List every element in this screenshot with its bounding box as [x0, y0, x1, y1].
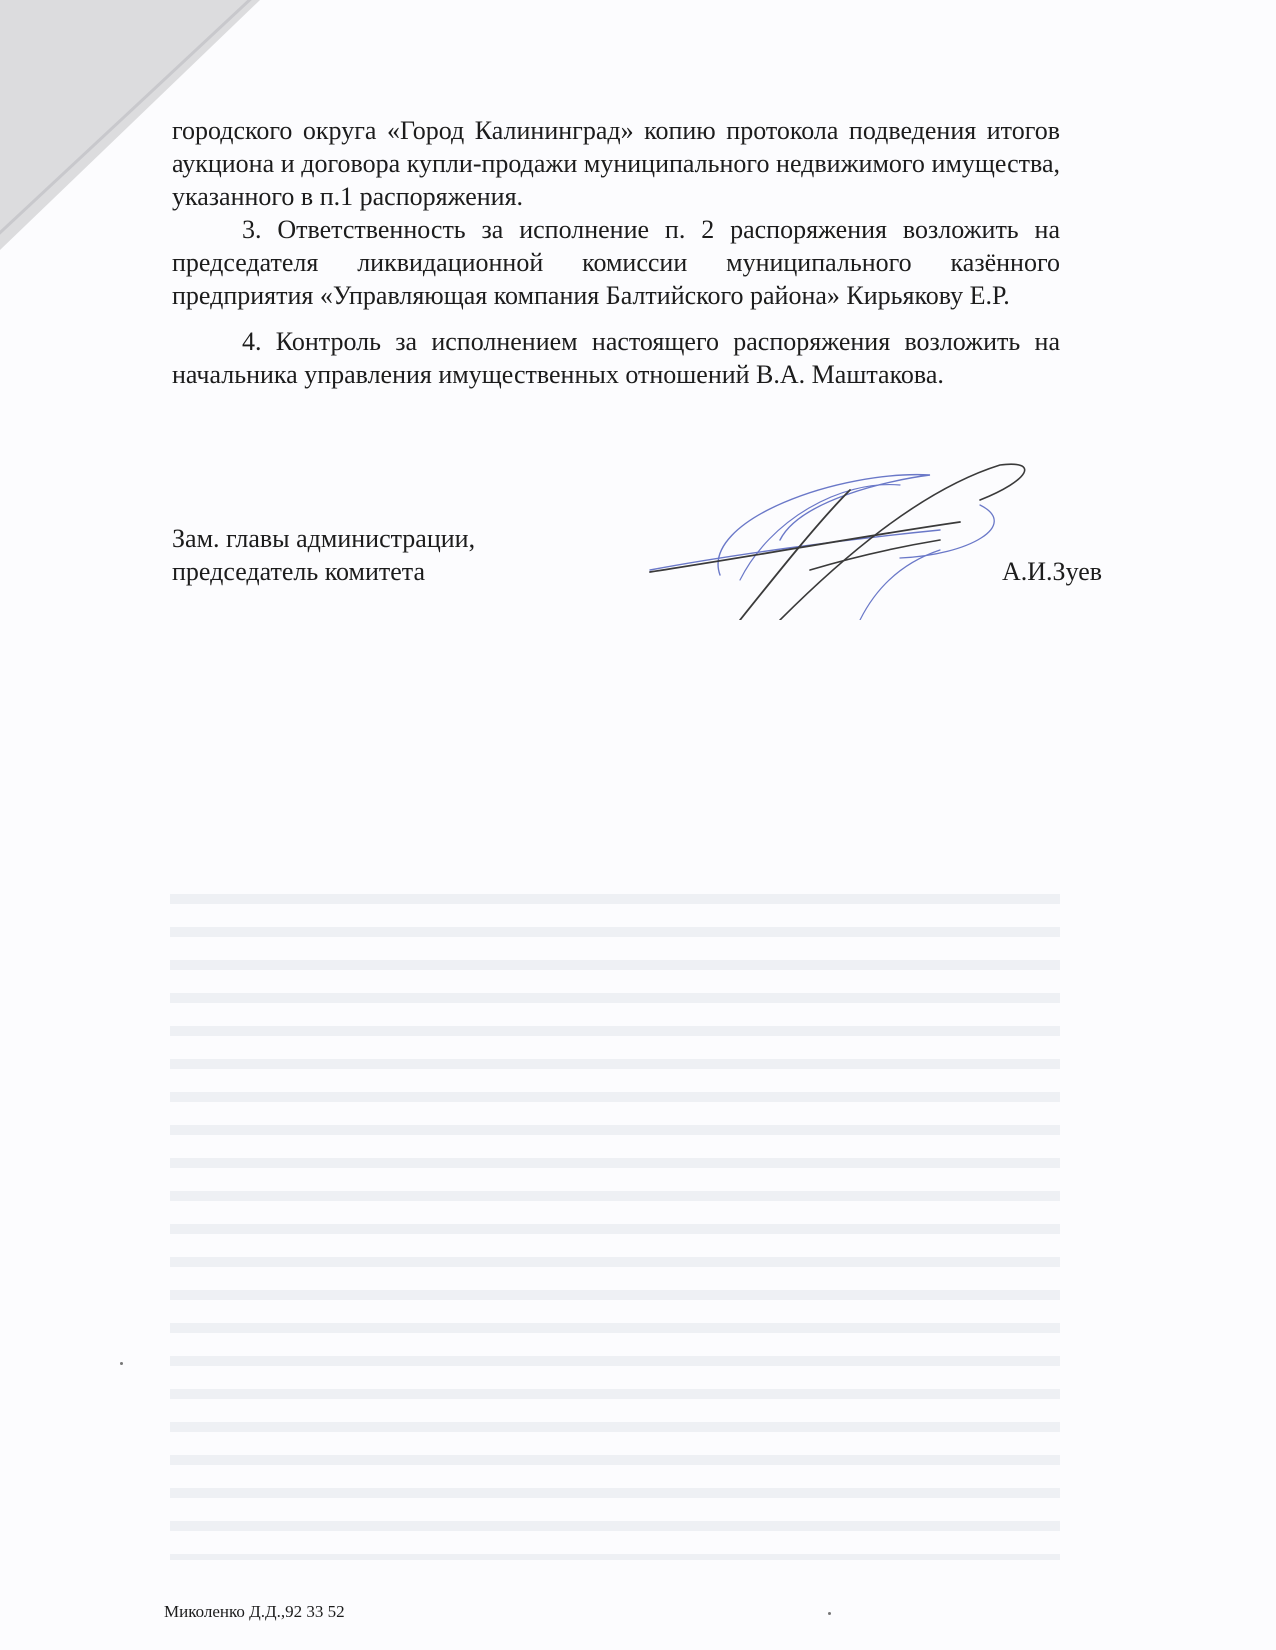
signatory-position-line2: председатель комитета — [172, 555, 475, 588]
handwritten-signature — [640, 460, 1060, 620]
scan-speck — [828, 1612, 831, 1615]
scan-speck — [120, 1362, 123, 1365]
executor-footer: Миколенко Д.Д.,92 33 52 — [164, 1602, 345, 1622]
show-through-texture — [170, 880, 1060, 1560]
signatory-name: А.И.Зуев — [1002, 555, 1102, 588]
signatory-position: Зам. главы администрации, председатель к… — [172, 522, 475, 588]
paragraph-4: 4. Контроль за исполнением настоящего ра… — [172, 325, 1060, 391]
paragraph-3: 3. Ответственность за исполнение п. 2 ра… — [172, 213, 1060, 312]
paragraph-2-continuation: городского округа «Город Калининград» ко… — [172, 114, 1060, 213]
scanned-page: городского округа «Город Калининград» ко… — [0, 0, 1276, 1650]
document-body: городского округа «Город Калининград» ко… — [172, 114, 1060, 391]
signatory-position-line1: Зам. главы администрации, — [172, 522, 475, 555]
